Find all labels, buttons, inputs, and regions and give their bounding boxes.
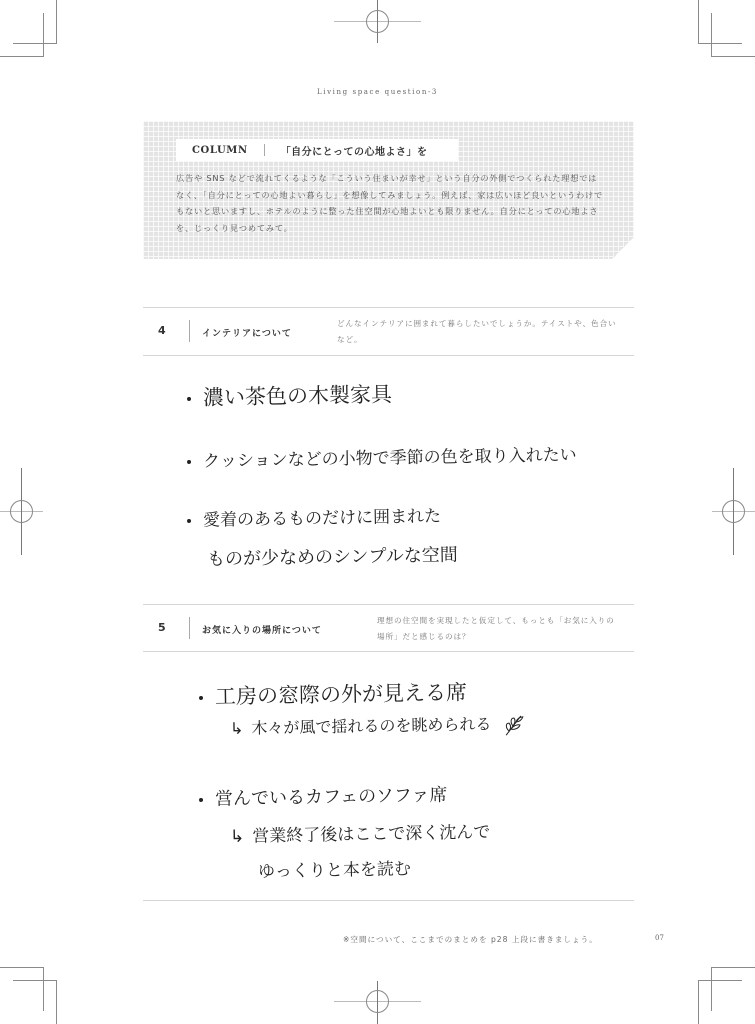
column-body: 広告や SNS などで流れてくるような「こういう住まいが幸せ」という自分の外側で… — [176, 170, 606, 236]
answer-line: クッションなどの小物で季節の色を取り入れたい — [187, 440, 577, 472]
column-box: COLUMN 「自分にとっての心地よさ」を 広告や SNS などで流れてくるよう… — [143, 121, 634, 259]
question-divider — [189, 617, 190, 639]
running-head: Living space question-3 — [0, 88, 755, 96]
bullet-icon — [187, 397, 191, 401]
arrow-icon: ↳ — [230, 719, 244, 738]
answer-line: 濃い茶色の木製家具 — [187, 378, 392, 412]
column-heading: 「自分にとっての心地よさ」を — [281, 143, 428, 158]
question-divider — [189, 320, 190, 342]
question-number: 5 — [158, 621, 166, 634]
question-header-5: 5 お気に入りの場所について 理想の住空間を実現したと仮定して、もっとも「お気に… — [143, 606, 634, 652]
divider — [143, 651, 634, 652]
question-number: 4 — [158, 324, 166, 337]
question-description: どんなインテリアに囲まれて暮らしたいでしょうか。テイストや、色合いなど。 — [337, 316, 617, 348]
question-title: お気に入りの場所について — [202, 623, 322, 636]
bullet-icon — [199, 696, 203, 700]
page-number: 07 — [655, 934, 664, 942]
bullet-icon — [187, 519, 191, 523]
divider — [143, 604, 634, 605]
divider — [143, 307, 634, 308]
footer-note: ※空間について、ここまでのまとめを p28 上段に書きましょう。 — [343, 934, 598, 945]
leaf-doodle-icon — [502, 712, 524, 736]
answer-line: 工房の窓際の外が見える席 — [199, 676, 467, 711]
column-divider — [264, 144, 265, 156]
arrow-icon: ↳ — [230, 827, 245, 847]
question-description: 理想の住空間を実現したと仮定して、もっとも「お気に入りの場所」だと感じるのは？ — [377, 613, 617, 645]
divider — [143, 900, 634, 901]
answer-line: ゆっくりと本を読む — [258, 854, 411, 882]
answer-line: ものが少なめのシンプルな空間 — [207, 541, 458, 571]
question-header-4: 4 インテリアについて どんなインテリアに囲まれて暮らしたいでしょうか。テイスト… — [143, 309, 634, 355]
question-title: インテリアについて — [202, 326, 292, 339]
bullet-icon — [187, 460, 191, 464]
bullet-icon — [199, 798, 203, 802]
page-fold-corner — [612, 237, 634, 259]
answer-line: ↳営業終了後はここで深く沈んで — [230, 817, 491, 847]
divider — [143, 355, 634, 356]
answer-line: 愛着のあるものだけに囲まれた — [187, 502, 441, 531]
column-title-bar: COLUMN 「自分にとっての心地よさ」を — [176, 139, 458, 161]
answer-line: ↳木々が風で揺れるのを眺められる — [230, 711, 525, 742]
column-label: COLUMN — [192, 145, 248, 156]
answer-line: 営んでいるカフェのソファ席 — [199, 781, 448, 811]
